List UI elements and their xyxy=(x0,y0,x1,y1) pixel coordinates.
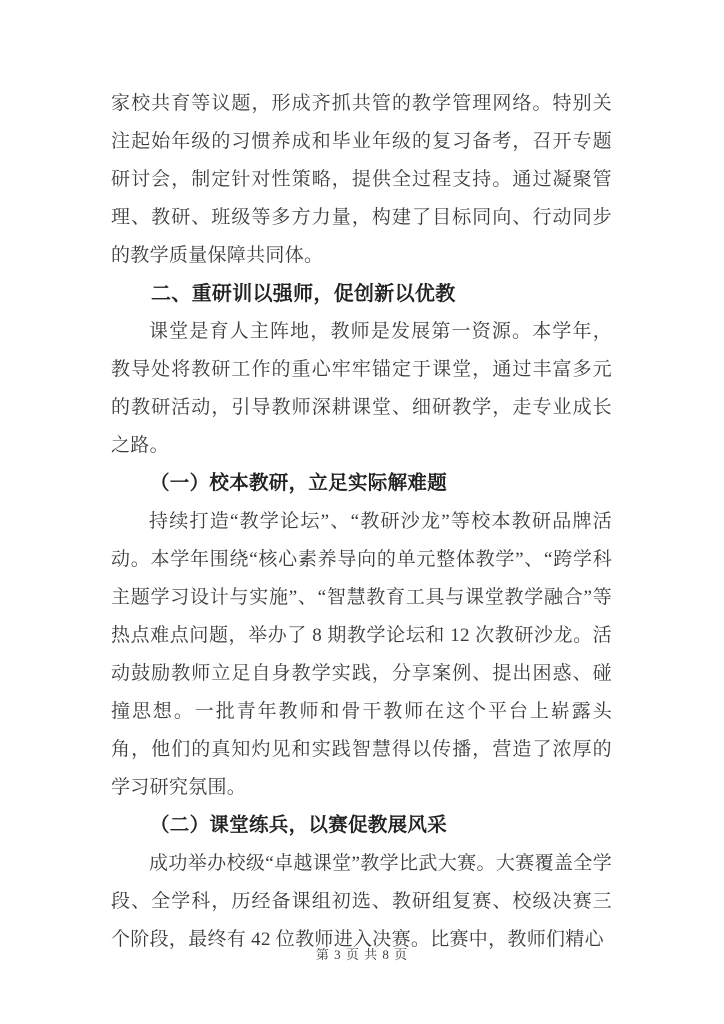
subsection-1-paragraph: 持续打造“教学论坛”、“教研沙龙”等校本教研品牌活动。本学年围绕“核心素养导向的… xyxy=(111,503,612,807)
page-footer: 第 3 页 共 8 页 xyxy=(0,944,724,963)
section-intro-paragraph: 课堂是育人主阵地，教师是发展第一资源。本学年，教导处将教研工作的重心牢牢锚定于课… xyxy=(111,313,612,465)
subsection-2-heading: （二）课堂练兵，以赛促教展风采 xyxy=(111,807,612,845)
page-number-indicator: 第 3 页 共 8 页 xyxy=(316,947,408,962)
document-content: 家校共育等议题，形成齐抓共管的教学管理网络。特别关注起始年级的习惯养成和毕业年级… xyxy=(111,85,612,959)
continued-paragraph: 家校共育等议题，形成齐抓共管的教学管理网络。特别关注起始年级的习惯养成和毕业年级… xyxy=(111,85,612,275)
subsection-1-heading: （一）校本教研，立足实际解难题 xyxy=(111,465,612,503)
document-page: 家校共育等议题，形成齐抓共管的教学管理网络。特别关注起始年级的习惯养成和毕业年级… xyxy=(0,0,724,1024)
section-heading: 二、重研训以强师，促创新以优教 xyxy=(111,275,612,313)
subsection-2-paragraph: 成功举办校级“卓越课堂”教学比武大赛。大赛覆盖全学段、全学科，历经备课组初选、教… xyxy=(111,845,612,959)
